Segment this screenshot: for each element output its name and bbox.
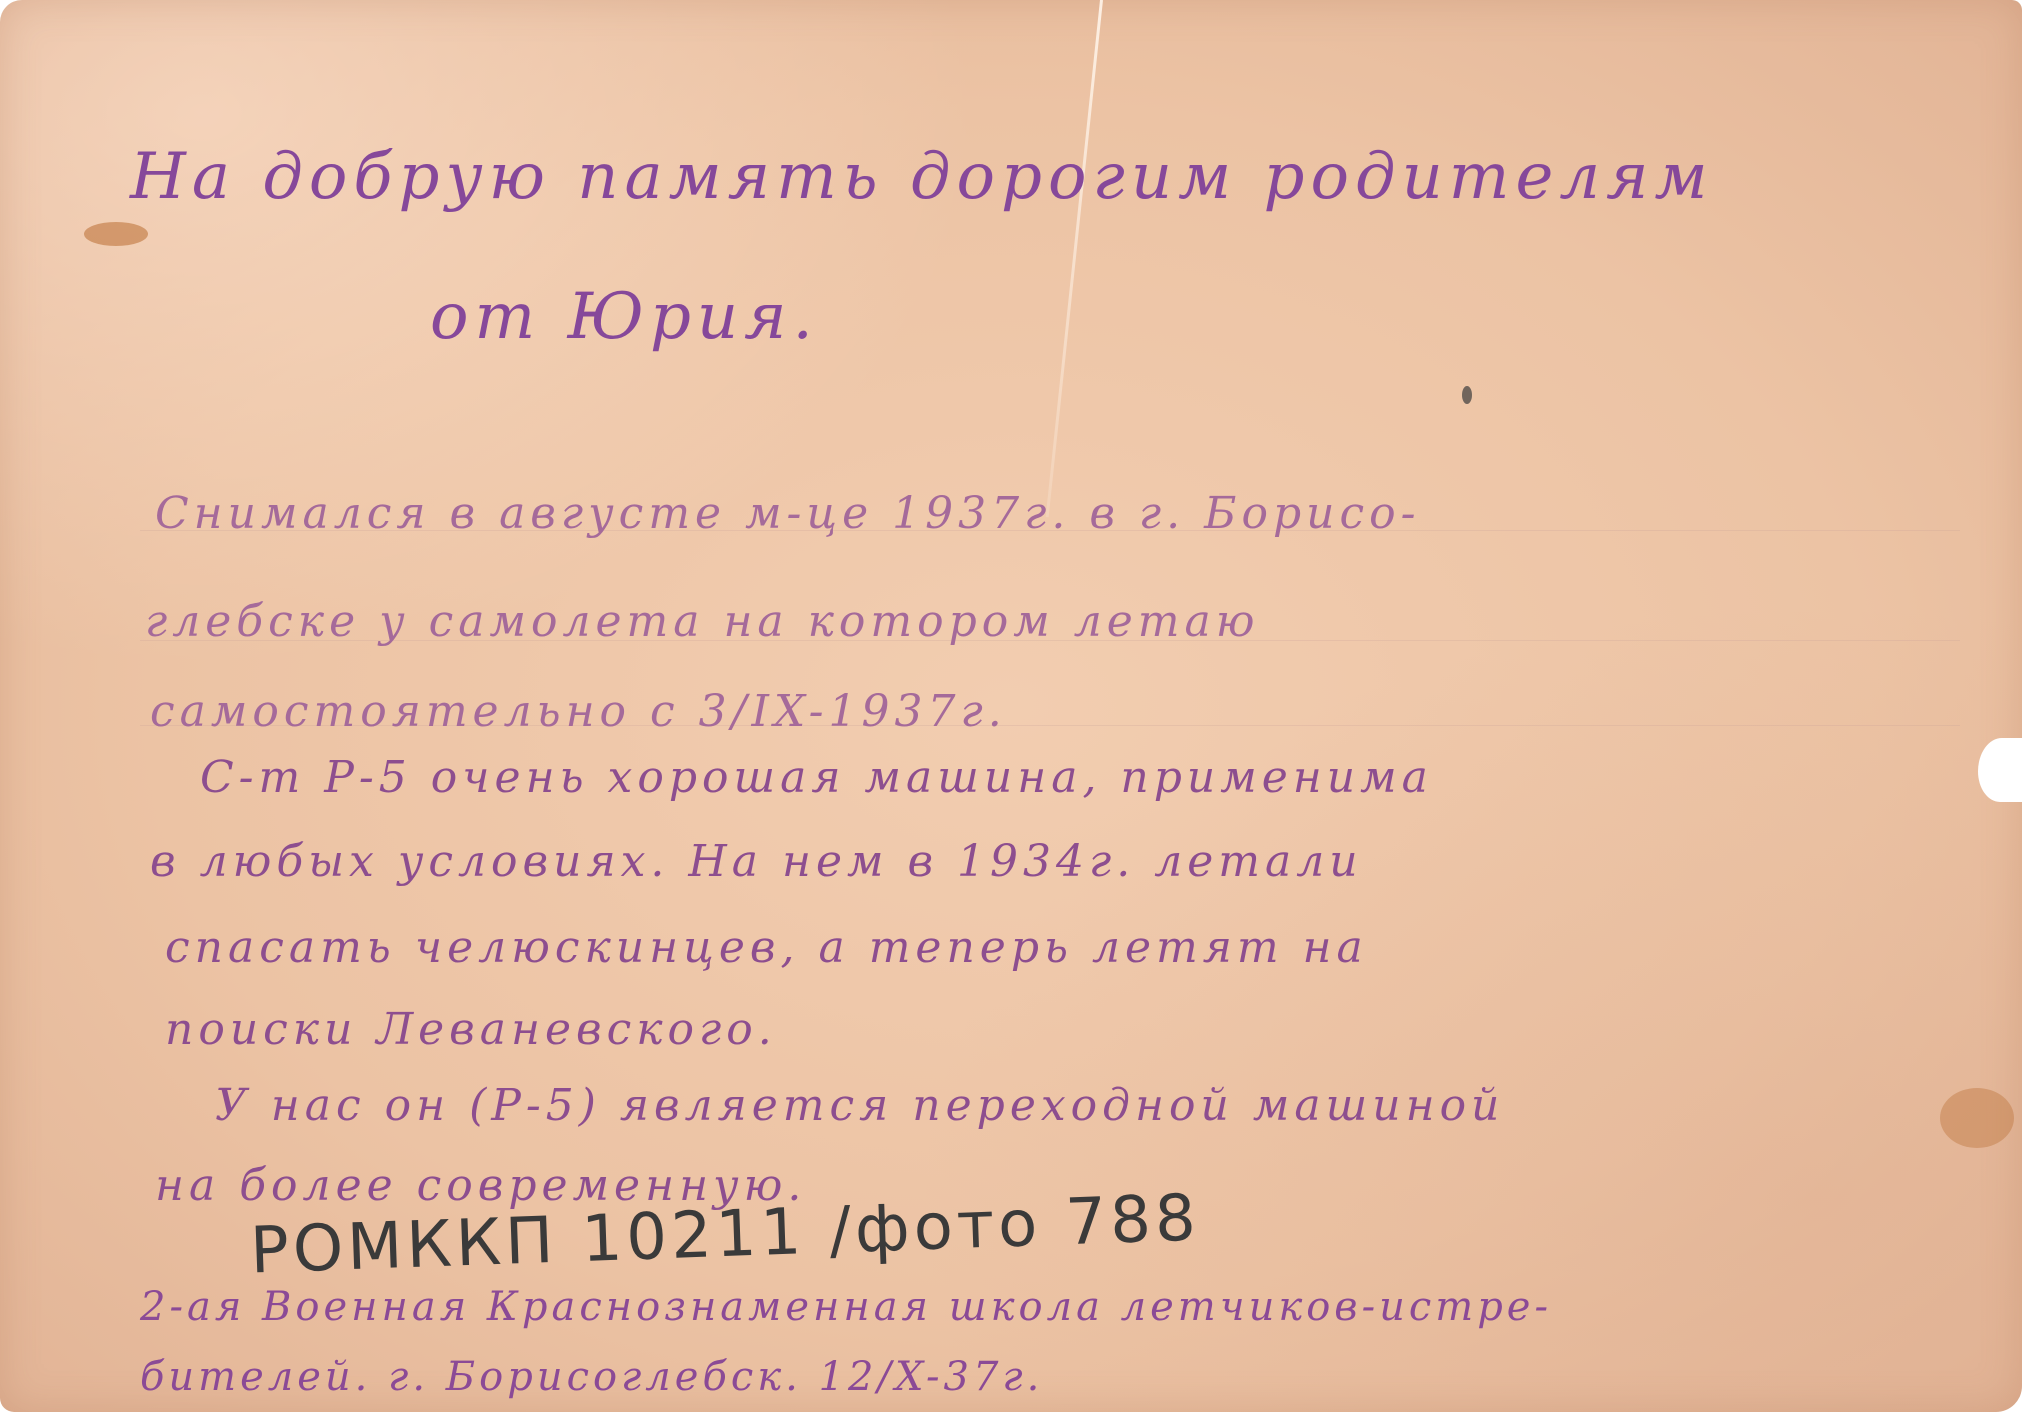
dedication-line-1: На добрую память дорогим родителям [130,140,1714,214]
torn-edge [1978,738,2022,802]
dirt-spot [1462,386,1472,404]
footer-line: бителей. г. Борисоглебск. 12/X-37г. [140,1354,1043,1400]
body-line: в любых условиях. На нем в 1934г. летали [150,836,1363,887]
footer-line: 2-ая Военная Краснознаменная школа летчи… [140,1284,1552,1330]
paper-fold-crease [1046,0,1103,517]
body-line: поиски Леваневского. [165,1004,777,1055]
ink-stain [84,222,148,246]
body-line: У нас он (Р-5) является переходной машин… [215,1080,1504,1131]
body-line: глебске у самолета на котором летаю [145,596,1260,647]
water-stain [1940,1088,2014,1148]
body-line: спасать челюскинцев, а теперь летят на [165,922,1368,973]
body-line: С-т Р-5 очень хорошая машина, применима [200,752,1433,803]
body-line: самостоятельно с 3/IX-1937г. [150,686,1007,737]
body-line: Снимался в августе м-це 1937г. в г. Бори… [155,488,1420,539]
dedication-line-2: от Юрия. [430,280,819,354]
photo-back-paper: На добрую память дорогим родителям от Юр… [0,0,2022,1412]
